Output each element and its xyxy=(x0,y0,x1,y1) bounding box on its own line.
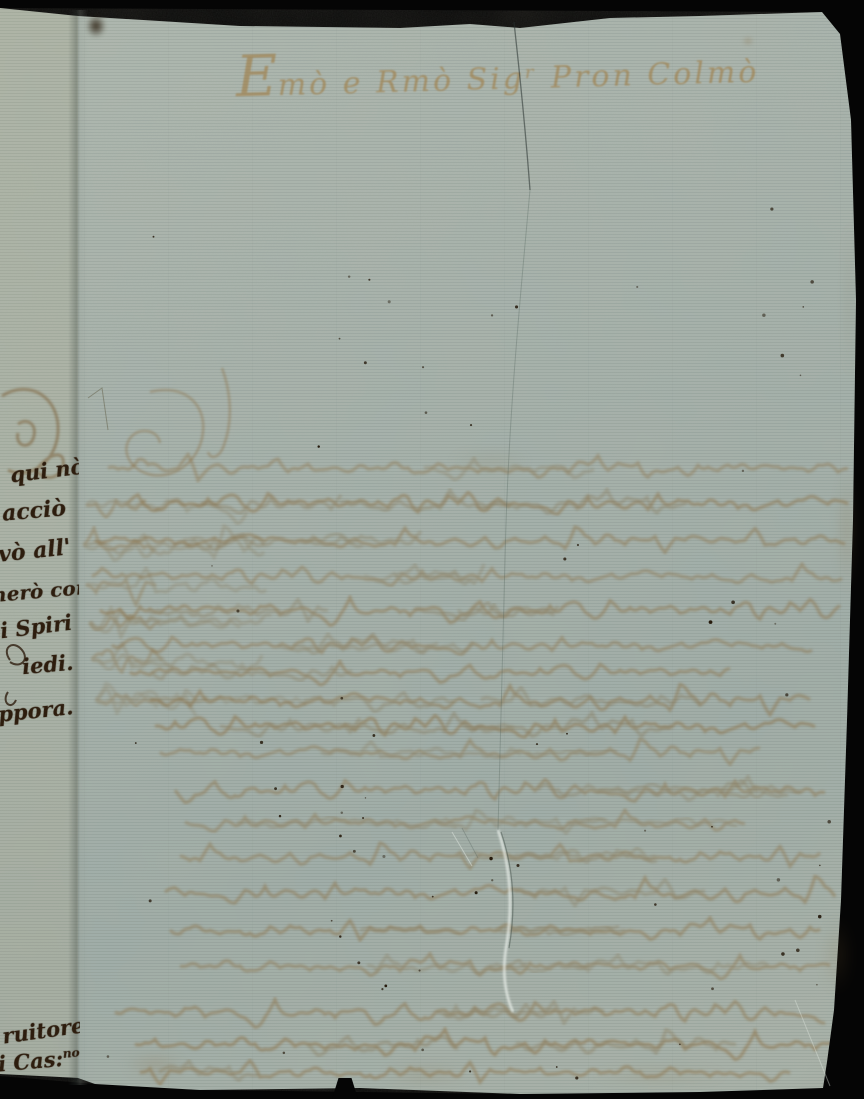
scanned-manuscript-page: qui nòacciòvò all'herò con—i Spiriiedi.p… xyxy=(0,0,864,1099)
ink-fragment: i Spiri xyxy=(0,610,73,644)
salutation-line: Emò e Rmò Sigʳ Pron Colmò xyxy=(235,32,687,129)
ink-fragment: qui nò xyxy=(9,454,86,488)
paper-sheet xyxy=(0,0,864,1099)
ink-fragment: acciò xyxy=(1,495,67,526)
ink-fragment: i Cas:no xyxy=(0,1044,81,1076)
ink-fragment: iedi. xyxy=(21,650,74,679)
initial-inner-loop xyxy=(17,421,34,445)
ink-fragment: ppora. xyxy=(0,694,74,727)
ink-fragment: ruitore xyxy=(1,1012,86,1048)
ink-fragment: vò all' xyxy=(0,534,72,567)
